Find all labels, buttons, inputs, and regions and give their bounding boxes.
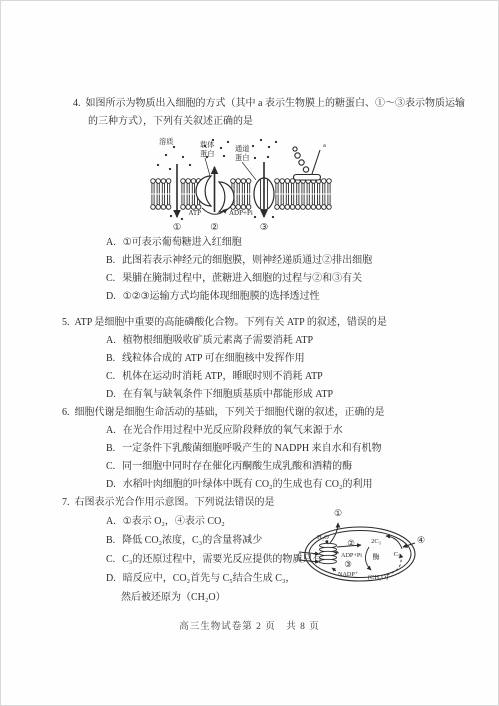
nadp-return-arrow (332, 568, 336, 571)
q4-option-d-label: D. (106, 291, 116, 302)
c3-reduction-arrow (365, 547, 371, 570)
c5-label: C₅ (394, 551, 401, 558)
channel-label-2: 蛋白 (235, 153, 249, 162)
q4-stem-line2: 的三种方式），下列有关叙述正确的是 (88, 115, 253, 128)
solute-label: 溶质 (159, 137, 173, 146)
glycoprotein-icon: a (293, 142, 326, 180)
q5-option-b-label: B. (106, 353, 115, 364)
q6-option-a-label: A. (106, 425, 116, 436)
q5-option-a-label: A. (106, 335, 116, 346)
h2o-label: H₂O (317, 534, 329, 541)
q5-option-b-text: 线粒体合成的 ATP 可在细胞核中发挥作用 (122, 353, 304, 364)
q7-number: 7. (62, 497, 70, 508)
q4-option-c: C.果脯在腌制过程中，蔗糖进入细胞的过程与②和③有关 (106, 272, 362, 285)
q6-option-a: A.在光合作用过程中光反应阶段释放的氧气来源于水 (106, 424, 343, 437)
substance-2-label: ② (347, 538, 355, 548)
enzyme-label: 酶 (373, 552, 380, 561)
q6-option-b-label: B. (106, 443, 115, 454)
exam-page: 4.如图所示为物质出入细胞的方式（其中 a 表示生物膜上的糖蛋白、①～③表示物质… (0, 0, 499, 706)
q7-stem-text: 右图表示光合作用示意图。下列说法错误的是 (75, 497, 275, 508)
substance-4-label: ④ (417, 535, 425, 545)
q6-option-c: C.同一细胞中同时存在催化丙酮酸生成乳酸和酒精的酶 (106, 460, 352, 473)
q4-option-d-text: ①②③运输方式均能体现细胞膜的选择透过性 (123, 291, 320, 302)
q5-option-d-label: D. (106, 389, 116, 400)
q7-option-c-label: C. (106, 554, 115, 565)
carrier-label-2: 蛋白 (200, 149, 214, 158)
q4-option-b: B.此图若表示神经元的细胞膜，则神经递质通过②排出细胞 (106, 254, 372, 267)
q6-option-b: B.一定条件下乳酸菌细胞呼吸产生的 NADPH 来自水和有机物 (106, 442, 382, 455)
q7-option-b: B.降低 CO₂浓度，C₃的含量将减少 (106, 534, 262, 547)
q5-option-c-label: C. (106, 371, 115, 382)
nadp-label: NADP⁺ (338, 571, 358, 578)
page-footer: 高三生物试卷第 2 页 共 8 页 (0, 618, 499, 632)
substance-1-label: ① (334, 508, 342, 518)
q5-number: 5. (62, 317, 70, 328)
q7-option-b-text: 降低 CO₂浓度，C₃的含量将减少 (122, 535, 262, 546)
q5-option-d: D.在有氧与缺氧条件下细胞质基质中都能形成 ATP (106, 388, 333, 401)
adp-pi-label: ADP+Pi (341, 552, 362, 559)
q7-option-b-label: B. (106, 535, 115, 546)
q7-option-d-line2: 然后被还原为（CH₂O） (121, 591, 226, 604)
q5-stem: 5.ATP 是细胞中重要的高能磷酸化合物。下列有关 ATP 的叙述，错误的是 (62, 316, 387, 329)
q4-option-c-label: C. (106, 273, 115, 284)
pathway-3-label: ③ (260, 222, 269, 233)
q7-option-a-text: ①表示 O₂，④表示 CO₂ (123, 516, 225, 527)
q6-option-a-text: 在光合作用过程中光反应阶段释放的氧气来源于水 (123, 425, 343, 436)
q5-option-a: A.植物根细胞吸收矿质元素离子需要消耗 ATP (106, 334, 313, 347)
q6-number: 6. (62, 407, 70, 418)
q5-option-c: C.机体在运动时消耗 ATP，睡眠时则不消耗 ATP (106, 370, 323, 383)
q6-option-b-text: 一定条件下乳酸菌细胞呼吸产生的 NADPH 来自水和有机物 (122, 443, 381, 454)
q4-number: 4. (73, 98, 81, 109)
q7-option-d: D.暗反应中，CO₂首先与 C₅结合生成 C₃， (106, 572, 295, 585)
atp-label: ATP (189, 209, 202, 217)
q4-option-b-text: 此图若表示神经元的细胞膜，则神经递质通过②排出细胞 (122, 255, 372, 266)
q4-stem-text1: 如图所示为物质出入细胞的方式（其中 a 表示生物膜上的糖蛋白、①～③表示物质运输 (86, 98, 465, 109)
q5-option-d-text: 在有氧与缺氧条件下细胞质基质中都能形成 ATP (123, 389, 333, 400)
q4-option-b-label: B. (106, 255, 115, 266)
substance-3-label: ③ (344, 559, 352, 569)
q6-option-d-label: D. (106, 479, 116, 490)
q7-option-d-text: 暗反应中，CO₂首先与 C₅结合生成 C₃， (123, 573, 296, 584)
adp-label: ADP+Pi (229, 209, 253, 217)
carrier-pointer-line (205, 158, 210, 176)
carrier-label-1: 载体 (200, 140, 214, 149)
q4-option-a-text: ①可表示葡萄糖进入红细胞 (123, 237, 242, 248)
q6-option-c-text: 同一细胞中同时存在催化丙酮酸生成乳酸和酒精的酶 (122, 461, 352, 472)
channel-label-1: 通道 (235, 144, 249, 153)
membrane-transport-diagram: a 溶质 载体 蛋白 通道 蛋白 ATP ADP+Pi ① ② ③ (143, 134, 353, 234)
q4-option-d: D.①②③运输方式均能体现细胞膜的选择透过性 (106, 290, 320, 303)
c3-label: 2C₃ (371, 538, 381, 545)
pathway-1-label: ① (173, 222, 182, 233)
q7-option-a-label: A. (106, 516, 116, 527)
q4-option-c-text: 果脯在腌制过程中，蔗糖进入细胞的过程与②和③有关 (122, 273, 362, 284)
q4-stem-line1: 4.如图所示为物质出入细胞的方式（其中 a 表示生物膜上的糖蛋白、①～③表示物质… (73, 97, 465, 110)
q5-stem-text: ATP 是细胞中重要的高能磷酸化合物。下列有关 ATP 的叙述，错误的是 (75, 317, 387, 328)
channel-pointer-line (242, 162, 256, 180)
photosynthesis-diagram: ① H₂O 光 ② ADP+Pi ③ NADP⁺ 2C₃ 酶 C₅ (CH₂O)… (292, 502, 442, 614)
q4-option-a-label: A. (106, 237, 116, 248)
carbon-fixation-arrow (386, 536, 402, 549)
thylakoid-stack (320, 543, 337, 563)
q5-option-c-text: 机体在运动时消耗 ATP，睡眠时则不消耗 ATP (122, 371, 323, 382)
light-label: 光 (295, 553, 302, 562)
q4-option-a: A.①可表示葡萄糖进入红细胞 (106, 236, 242, 249)
q6-option-d: D.水稻叶肉细胞的叶绿体中既有 CO₂的生成也有 CO₂的利用 (106, 478, 373, 491)
q7-option-a: A.①表示 O₂，④表示 CO₂ (106, 515, 225, 528)
light-arrow-2 (299, 560, 319, 562)
glycoprotein-label: a (323, 142, 326, 149)
q6-stem-text: 细胞代谢是细胞生命活动的基础，下列关于细胞代谢的叙述，正确的是 (75, 407, 385, 418)
q5-option-b: B.线粒体合成的 ATP 可在细胞核中发挥作用 (106, 352, 305, 365)
ch2o-label: (CH₂O) (368, 574, 388, 581)
q7-option-d-label: D. (106, 573, 116, 584)
q5-option-a-text: 植物根细胞吸收矿质元素离子需要消耗 ATP (123, 335, 313, 346)
q6-option-d-text: 水稻叶肉细胞的叶绿体中既有 CO₂的生成也有 CO₂的利用 (123, 479, 373, 490)
q6-option-c-label: C. (106, 461, 115, 472)
q6-stem: 6.细胞代谢是细胞生命活动的基础，下列关于细胞代谢的叙述，正确的是 (62, 406, 385, 419)
pathway-2-label: ② (210, 222, 219, 233)
q7-stem: 7.右图表示光合作用示意图。下列说法错误的是 (62, 496, 275, 509)
